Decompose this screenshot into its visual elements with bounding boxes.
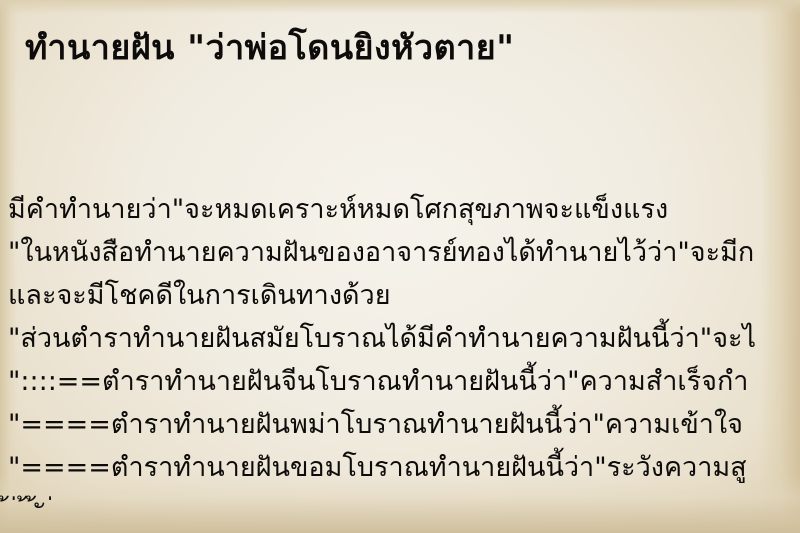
text-line-5: "::::==ตำราทำนายฝันจีนโบราณทำนายฝันนี้ว่… bbox=[8, 364, 748, 400]
text-line-8-partial: ้ ่ ้ ้ ั ่ bbox=[8, 498, 53, 533]
text-line-1: มีคำทำนายว่า"จะหมดเคราะห์หมดโศกสุขภาพจะแ… bbox=[8, 192, 668, 228]
text-line-2: "ในหนังสือทำนายความฝันของอาจารย์ทองได้ทำ… bbox=[8, 235, 754, 271]
paper-edge-right bbox=[760, 0, 800, 533]
paper-edge-top bbox=[0, 0, 800, 14]
text-line-7: "====ตำราทำนายฝันขอมโบราณทำนายฝันนี้ว่า"… bbox=[8, 450, 747, 486]
page-title: ทำนายฝัน "ว่าพ่อโดนยิงหัวตาย" bbox=[25, 20, 514, 74]
text-line-3: และจะมีโชคดีในการเดินทางด้วย bbox=[8, 278, 391, 314]
text-line-6: "====ตำราทำนายฝันพม่าโบราณทำนายฝันนี้ว่า… bbox=[8, 407, 743, 443]
text-line-4: "ส่วนตำราทำนายฝันสมัยโบราณได้มีคำทำนายคว… bbox=[8, 321, 756, 357]
